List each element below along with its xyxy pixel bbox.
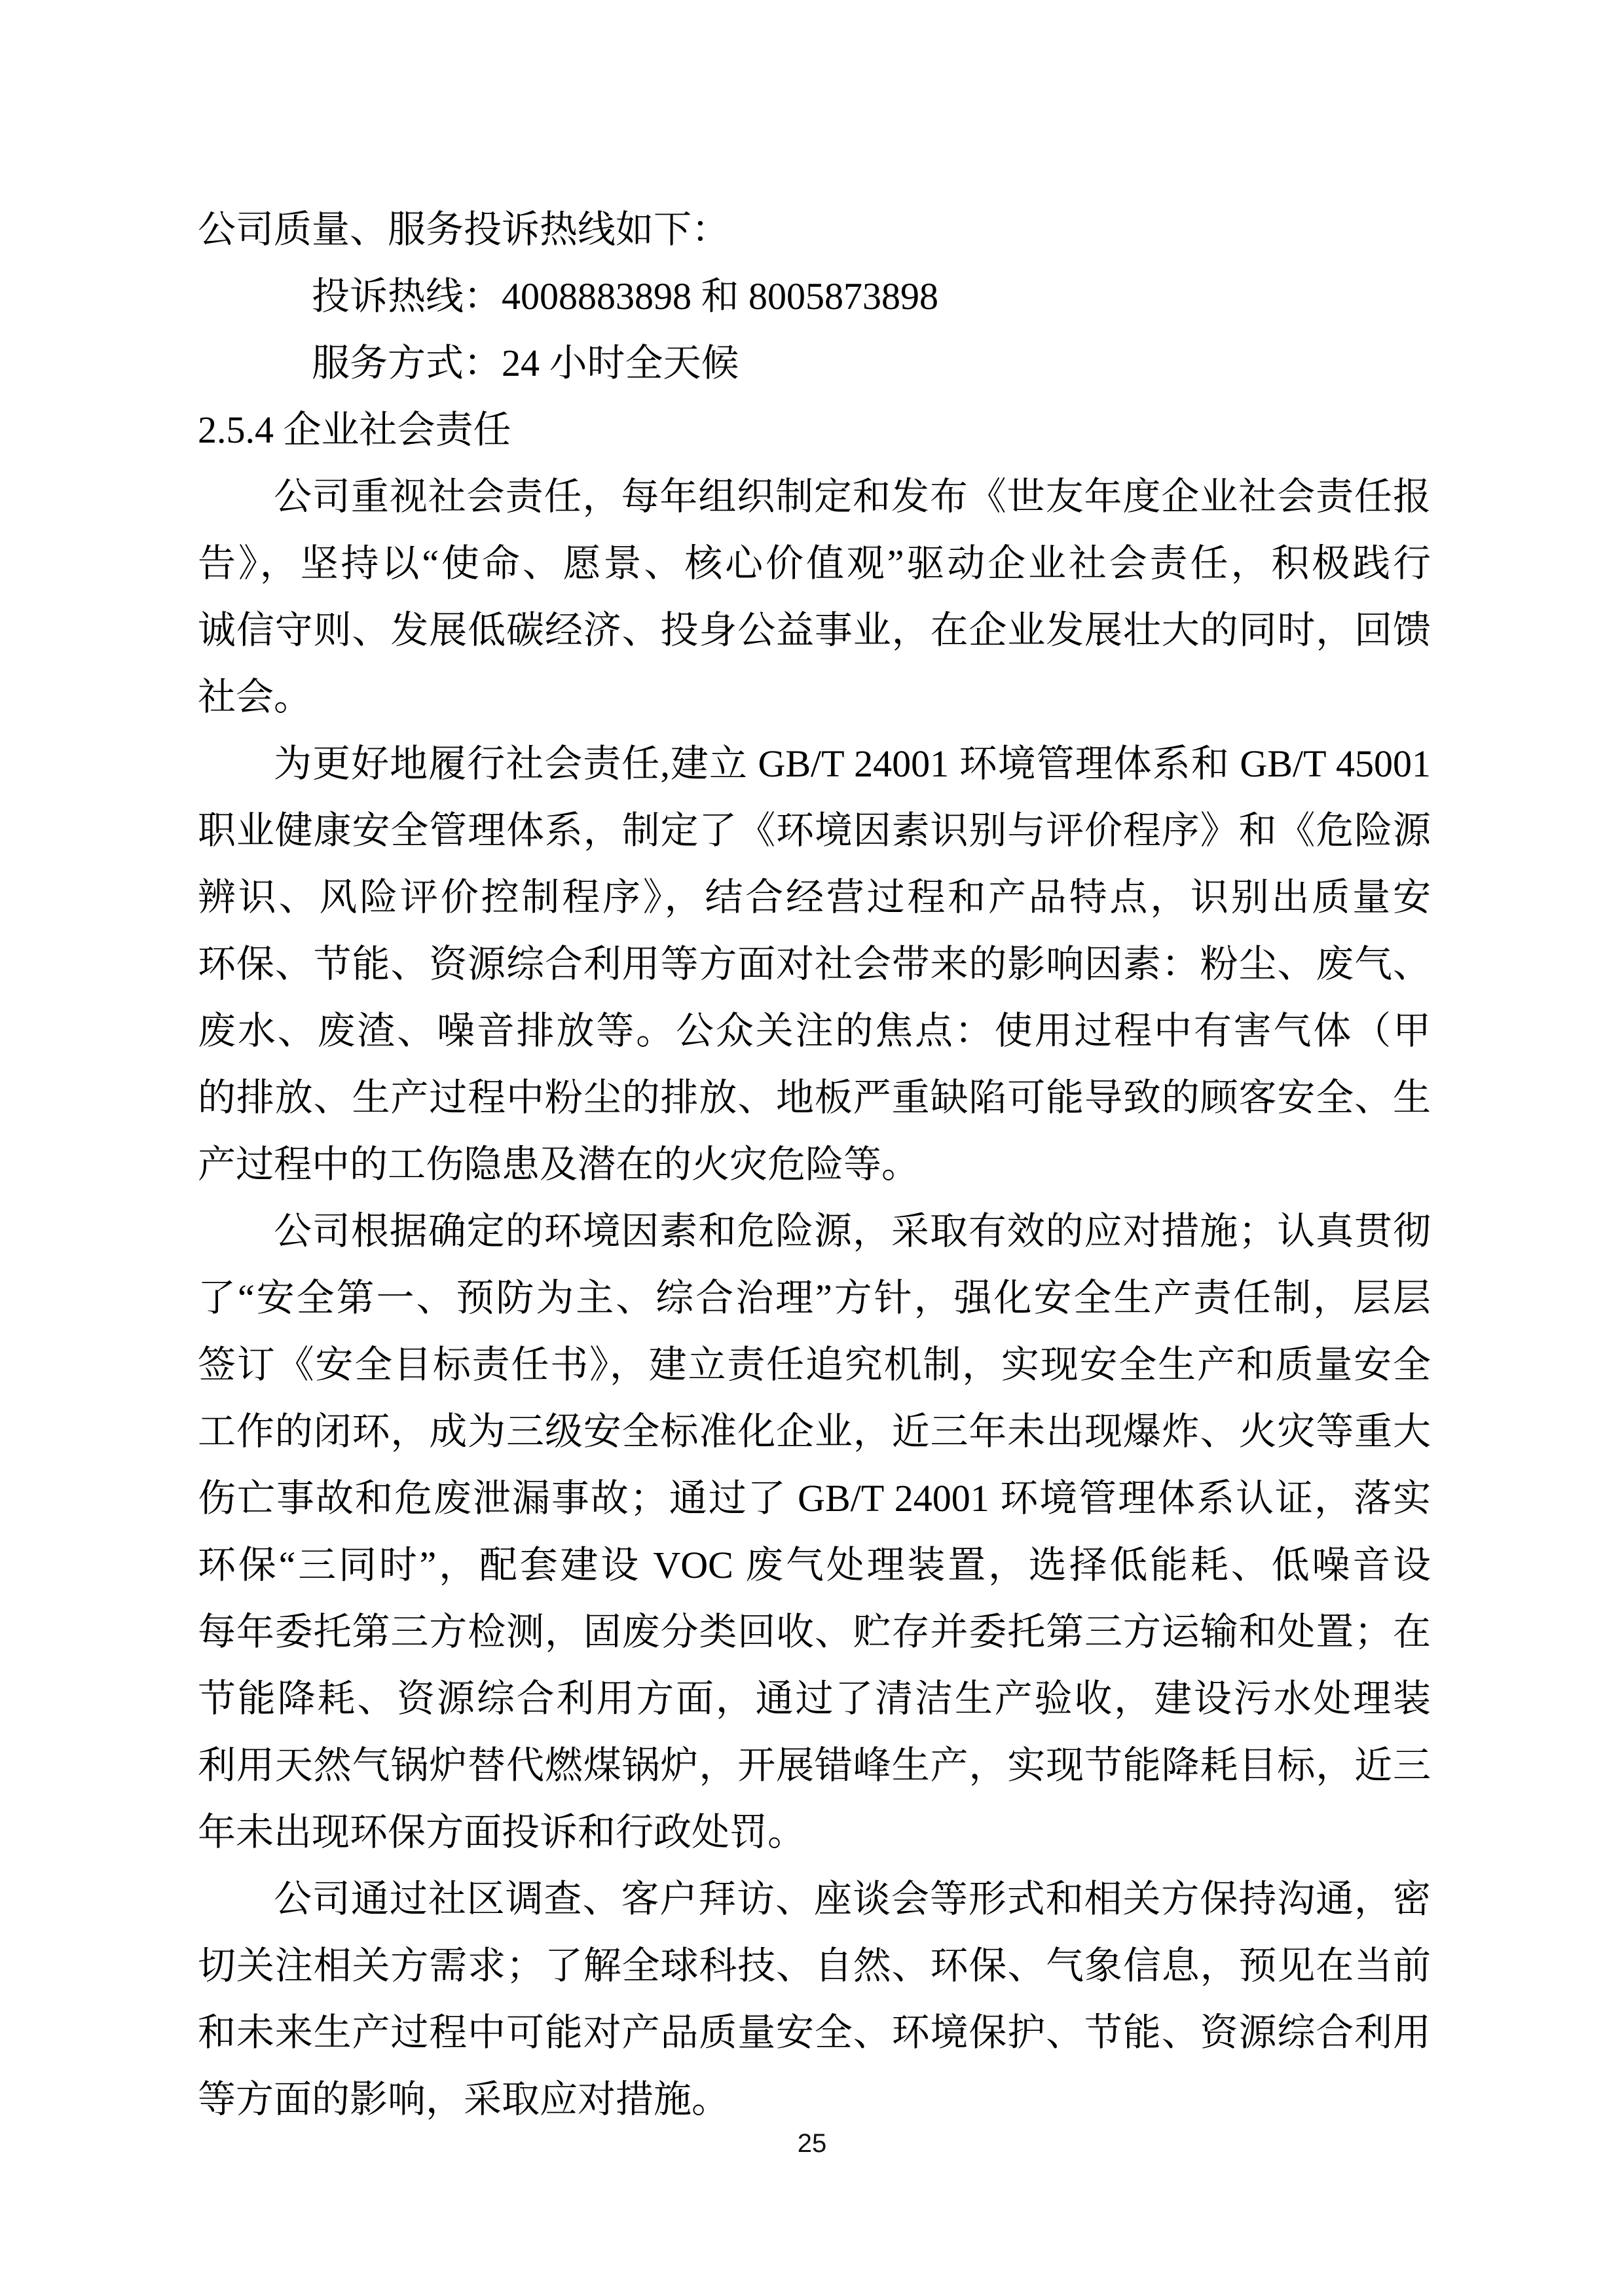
text-line: 利用天然气锅炉替代燃煤锅炉，开展错峰生产，实现节能降耗目标，近三 [198, 1732, 1431, 1799]
text-line: 2.5.4 企业社会责任 [198, 397, 1431, 464]
text-line: 节能降耗、资源综合利用方面，通过了清洁生产验收，建设污水处理装置， [198, 1666, 1431, 1732]
text-line: 公司质量、服务投诉热线如下： [198, 196, 1431, 263]
text-line: 公司通过社区调查、客户拜访、座谈会等形式和相关方保持沟通，密 [198, 1866, 1431, 1933]
page-footer: 25 [0, 2128, 1624, 2159]
text-line: 告》，坚持以“使命、愿景、核心价值观”驱动企业社会责任，积极践行 [198, 530, 1431, 597]
text-line: 等方面的影响，采取应对措施。 [198, 2066, 1431, 2133]
text-line: 工作的闭环，成为三级安全标准化企业，近三年未出现爆炸、火灾等重大 [198, 1398, 1431, 1465]
text-line: 产过程中的工伤隐患及潜在的火灾危险等。 [198, 1131, 1431, 1198]
text-line: 环保、节能、资源综合利用等方面对社会带来的影响因素：粉尘、废气、 [198, 931, 1431, 998]
text-line: 废水、废渣、噪音排放等。公众关注的焦点：使用过程中有害气体（甲醛） [198, 998, 1431, 1065]
text-line: 公司重视社会责任，每年组织制定和发布《世友年度企业社会责任报 [198, 464, 1431, 530]
text-line: 为更好地履行社会责任,建立 GB/T 24001 环境管理体系和 GB/T 45… [198, 731, 1431, 797]
text-line: 签订《安全目标责任书》，建立责任追究机制，实现安全生产和质量安全 [198, 1332, 1431, 1398]
text-line: 服务方式：24 小时全天候 [198, 330, 1431, 397]
text-line: 投诉热线：4008883898 和 8005873898 [198, 263, 1431, 330]
text-line: 年未出现环保方面投诉和行政处罚。 [198, 1799, 1431, 1866]
text-line: 和未来生产过程中可能对产品质量安全、环境保护、节能、资源综合利用 [198, 1999, 1431, 2066]
text-line: 诚信守则、发展低碳经济、投身公益事业，在企业发展壮大的同时，回馈 [198, 597, 1431, 664]
text-line: 社会。 [198, 664, 1431, 731]
text-line: 伤亡事故和危废泄漏事故；通过了 GB/T 24001 环境管理体系认证，落实 [198, 1465, 1431, 1532]
text-line: 每年委托第三方检测，固废分类回收、贮存并委托第三方运输和处置；在 [198, 1599, 1431, 1666]
text-line: 了“安全第一、预防为主、综合治理”方针，强化安全生产责任制，层层 [198, 1265, 1431, 1332]
text-line: 环保“三同时”，配套建设 VOC 废气处理装置，选择低能耗、低噪音设备， [198, 1532, 1431, 1599]
page-number: 25 [798, 2129, 827, 2158]
text-line: 切关注相关方需求；了解全球科技、自然、环保、气象信息，预见在当前 [198, 1933, 1431, 1999]
document-page: 公司质量、服务投诉热线如下：投诉热线：4008883898 和 80058738… [0, 0, 1624, 2296]
text-line: 职业健康安全管理体系，制定了《环境因素识别与评价程序》和《危险源 [198, 797, 1431, 864]
text-line: 的排放、生产过程中粉尘的排放、地板严重缺陷可能导致的顾客安全、生 [198, 1065, 1431, 1131]
text-line: 辨识、风险评价控制程序》，结合经营过程和产品特点，识别出质量安全、 [198, 864, 1431, 931]
text-line: 公司根据确定的环境因素和危险源，采取有效的应对措施；认真贯彻 [198, 1198, 1431, 1265]
text-body: 公司质量、服务投诉热线如下：投诉热线：4008883898 和 80058738… [198, 196, 1431, 2133]
